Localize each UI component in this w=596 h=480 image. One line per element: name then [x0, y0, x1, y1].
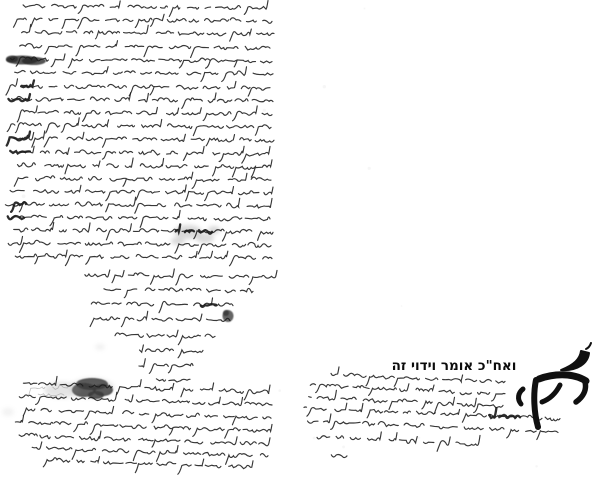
bleed-smudge-mid: [196, 233, 214, 243]
ink-smear-top-left: [6, 56, 18, 63]
scan-speckle: [278, 389, 281, 392]
scan-speckle: [22, 168, 24, 170]
scan-speckle: [313, 437, 316, 440]
manuscript-page: ואח"כ אומר וידוי זה: [0, 0, 596, 480]
scan-speckle: [263, 109, 266, 112]
scan-speckle: [323, 85, 326, 88]
scan-speckle: [364, 8, 366, 10]
ink-blot-small: [223, 310, 229, 316]
manuscript-scan: ואח"כ אומר וידוי זה: [0, 0, 596, 480]
bleed-smudge-mid: [171, 237, 185, 245]
scan-speckle: [22, 194, 26, 198]
paper-background: [0, 0, 596, 480]
scan-speckle: [142, 120, 144, 122]
scan-speckle: [535, 465, 537, 467]
scan-speckle: [342, 446, 345, 449]
scan-speckle: [418, 437, 420, 439]
scan-speckle: [368, 167, 371, 170]
faint-spot-a: [95, 344, 105, 350]
scan-speckle: [401, 305, 403, 307]
faint-spot-b: [2, 408, 14, 416]
printed-heading: ואח"כ אומר וידוי זה: [392, 358, 517, 374]
